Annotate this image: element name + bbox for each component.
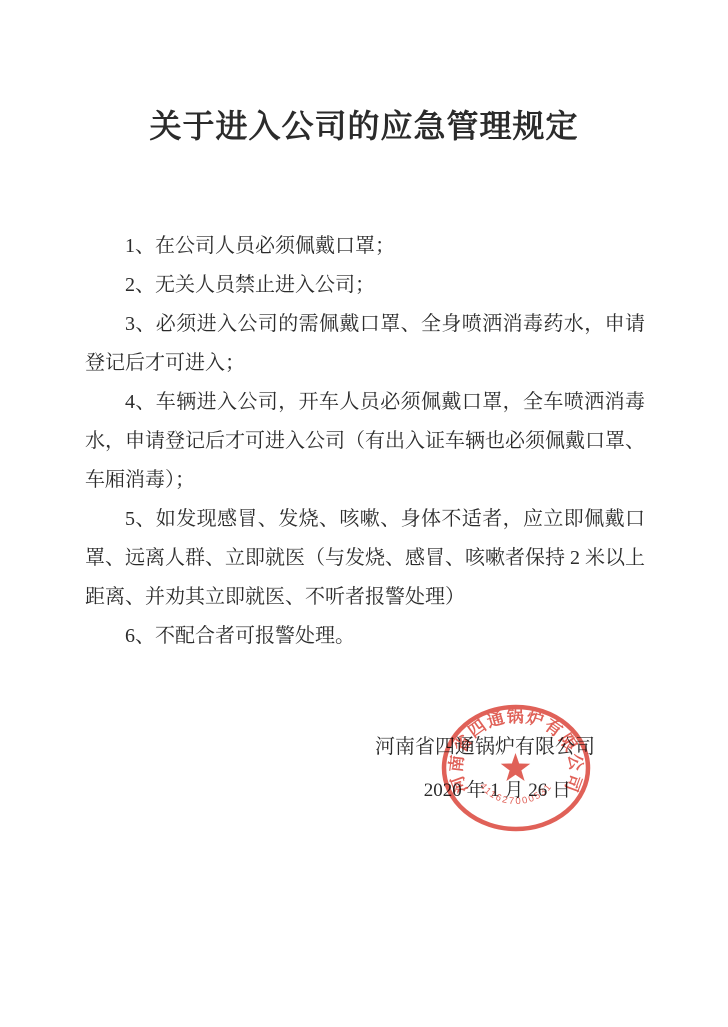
rule-item-5: 5、如发现感冒、发烧、咳嗽、身体不适者，应立即佩戴口罩、远离人群、立即就医（与发… [85, 500, 645, 617]
document-page: 关于进入公司的应急管理规定 1、在公司人员必须佩戴口罩； 2、无关人员禁止进入公… [0, 0, 728, 1027]
rule-item-6: 6、不配合者可报警处理。 [85, 617, 645, 656]
star-icon [501, 753, 530, 781]
rule-item-1: 1、在公司人员必须佩戴口罩； [85, 227, 645, 266]
document-body: 1、在公司人员必须佩戴口罩； 2、无关人员禁止进入公司； 3、必须进入公司的需佩… [85, 227, 645, 656]
document-title: 关于进入公司的应急管理规定 [0, 104, 728, 148]
seal-ring-text: 河南省四通锅炉有限公司 [445, 706, 585, 796]
rule-item-4: 4、车辆进入公司，开车人员必须佩戴口罩，全车喷洒消毒水，申请登记后才可进入公司（… [85, 383, 645, 500]
rule-item-3: 3、必须进入公司的需佩戴口罩、全身喷洒消毒药水，申请登记后才可进入； [85, 305, 645, 383]
company-seal-stamp: 河南省四通锅炉有限公司 411627000531 [440, 703, 592, 833]
seal-serial-number: 411627000531 [477, 781, 555, 807]
rule-item-2: 2、无关人员禁止进入公司； [85, 266, 645, 305]
